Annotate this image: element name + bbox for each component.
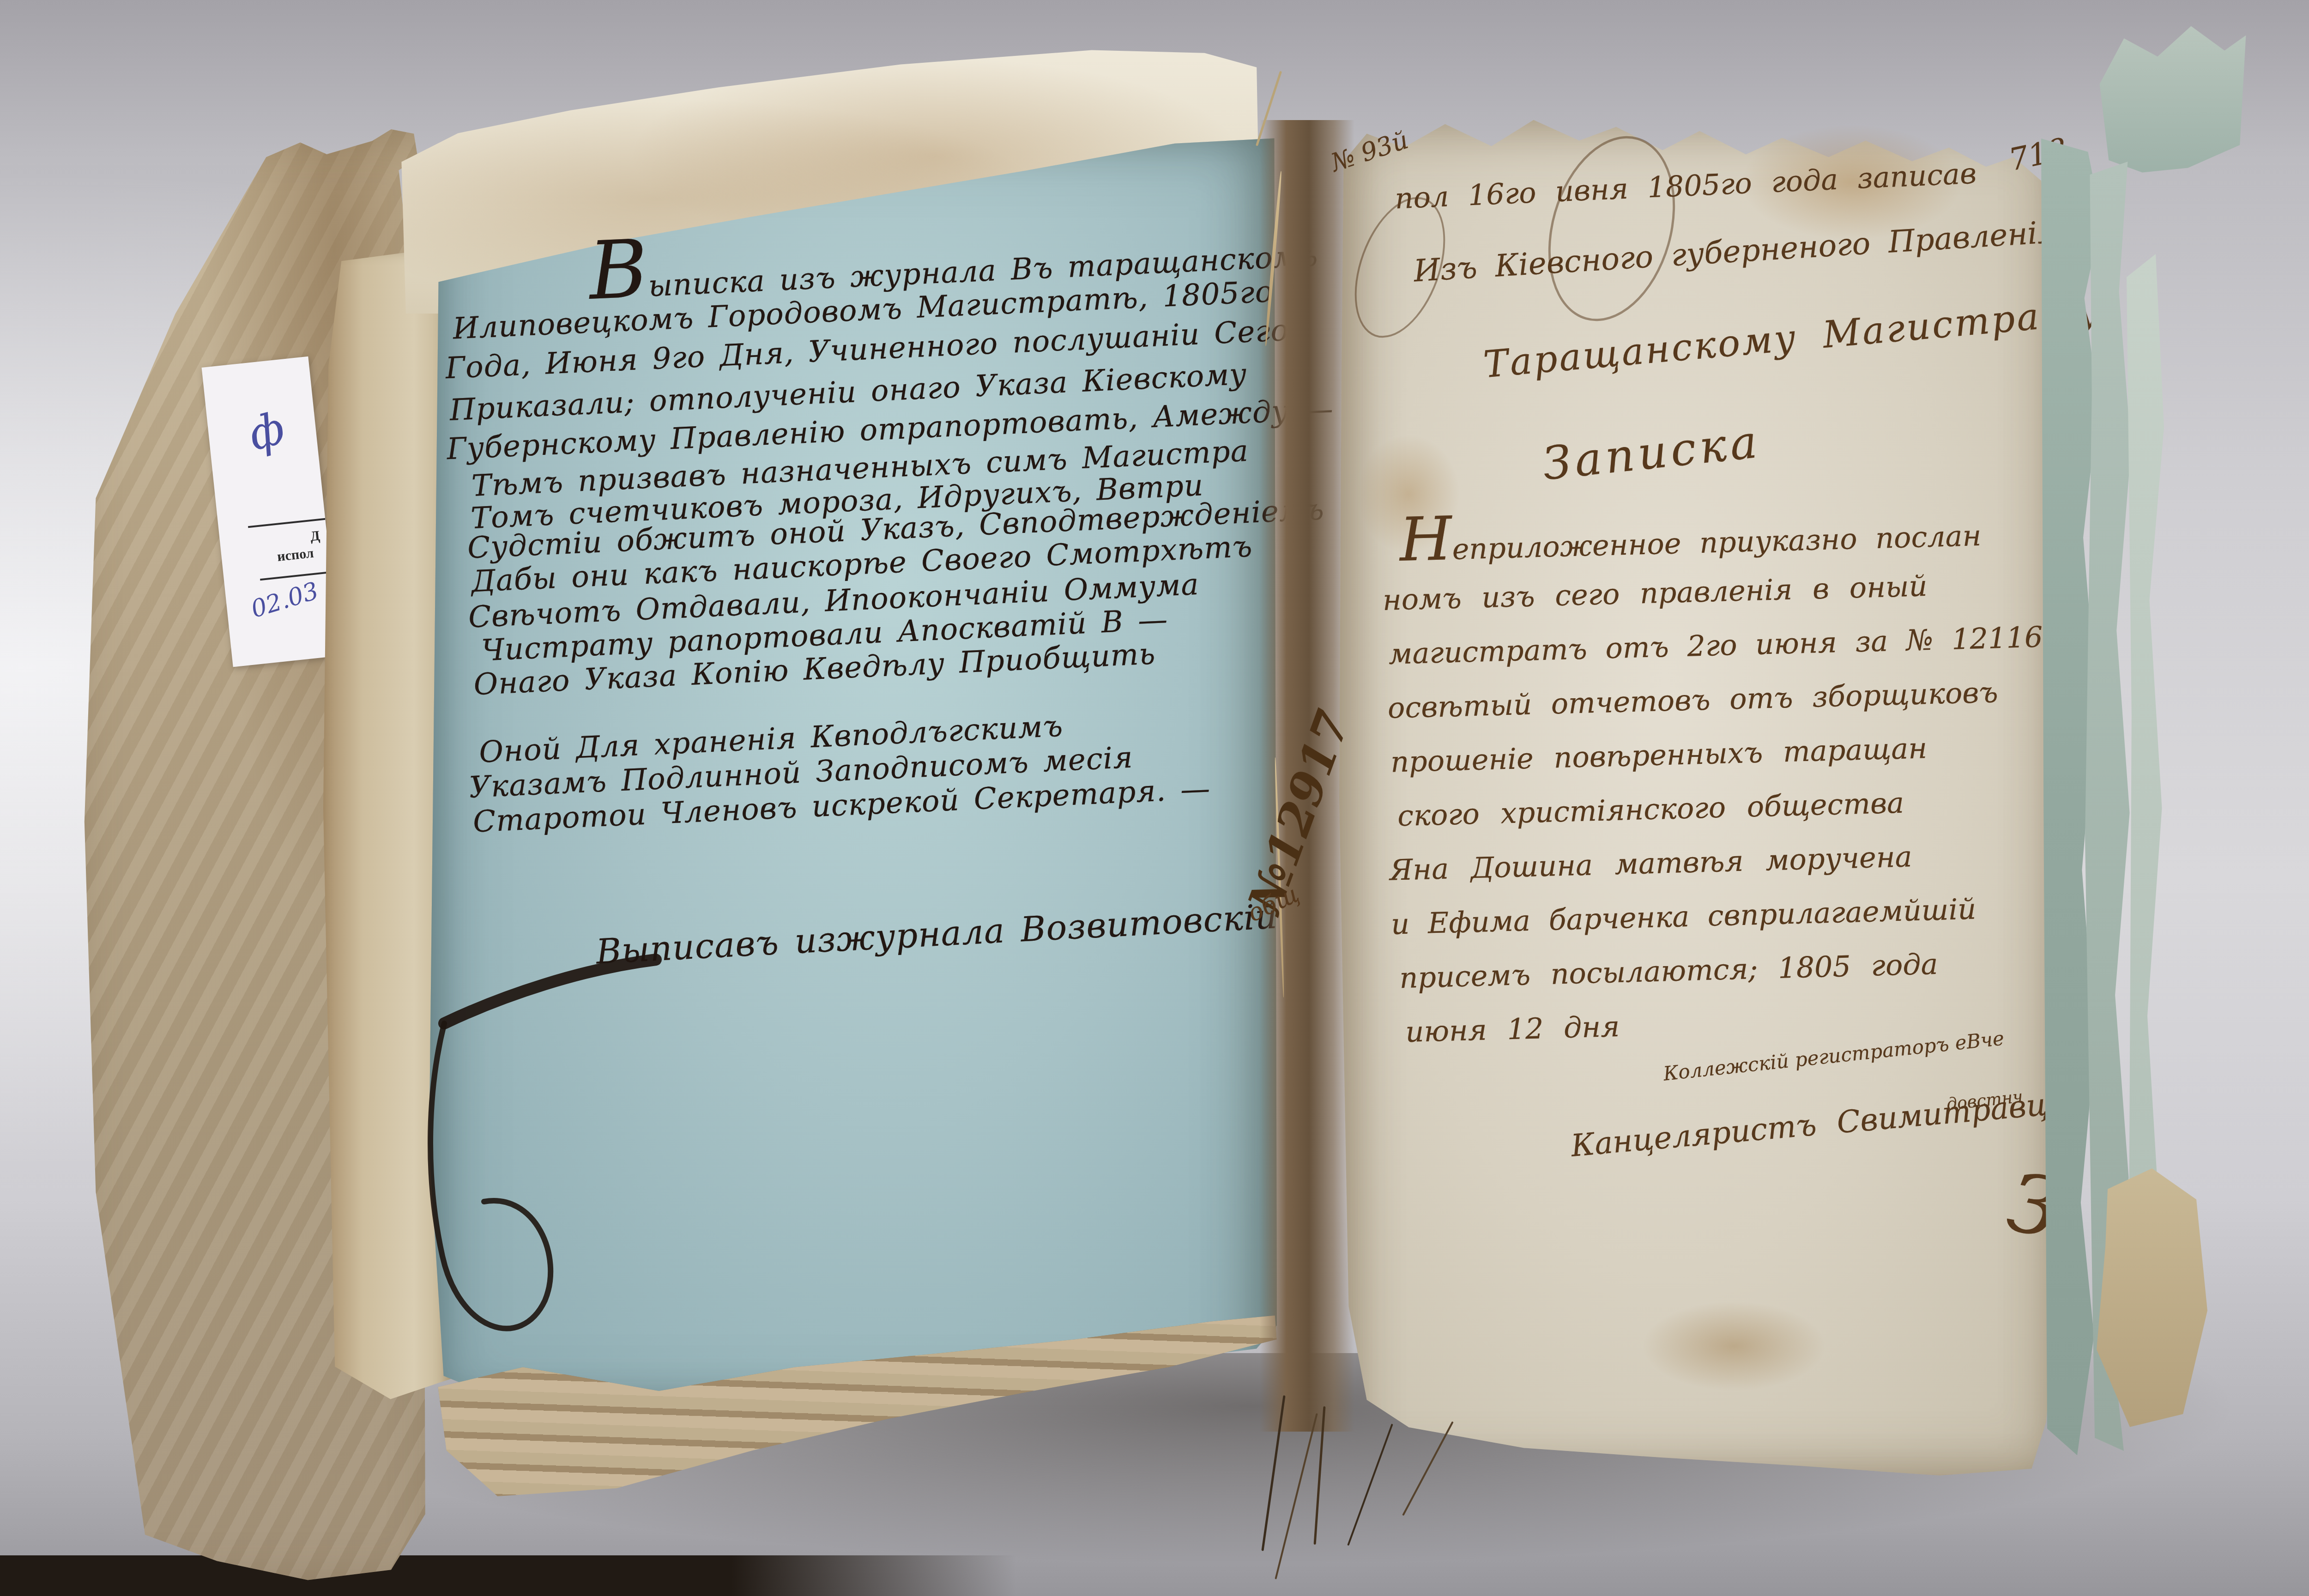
slip-printed-label-2: испол <box>277 545 314 565</box>
paper-stain <box>1635 1298 1833 1395</box>
manuscript-line: номъ изъ сего правленія в оный <box>1382 571 1928 615</box>
torn-page-edges-right <box>2041 23 2300 1487</box>
binding-twine <box>1264 171 1282 346</box>
archival-manuscript-photo: ф Д испол 02.03 Выписка изъ журнала Въ т… <box>0 0 2309 1596</box>
manuscript-line: магистратъ отъ 2го июня за № 12116 <box>1388 622 2043 669</box>
slip-printed-label-1: Д <box>309 528 320 544</box>
manuscript-line: Яна Дошина матвѣя моручена <box>1389 841 1912 885</box>
torn-edge-fragment <box>2097 23 2249 175</box>
slip-rule-bottom <box>260 571 331 580</box>
table-edge-shadow <box>0 1555 1016 1596</box>
manuscript-line: присемъ посылаются; 1805 года <box>1399 949 1938 993</box>
manuscript-line: освѣтый отчетовъ отъ зборщиковъ <box>1387 677 1998 723</box>
torn-edge-fragment <box>2097 1168 2207 1427</box>
slip-handwritten-date: 02.03 <box>248 577 322 623</box>
manuscript-line: ского христіянского общества <box>1397 788 1904 831</box>
slip-handwritten-letter: ф <box>243 402 290 461</box>
manuscript-line: июня 12 дня <box>1405 1011 1620 1047</box>
manuscript-line: и Ефима барченка свприлагаемйшій <box>1390 894 1977 939</box>
slip-rule-top <box>248 518 325 528</box>
left-page-text: Выписка изъ журнала Въ таращанскомъ Илип… <box>436 232 1306 916</box>
manuscript-line: прошеніе повѣренныхъ таращан <box>1390 733 1928 777</box>
signature-flourish <box>416 933 711 1404</box>
